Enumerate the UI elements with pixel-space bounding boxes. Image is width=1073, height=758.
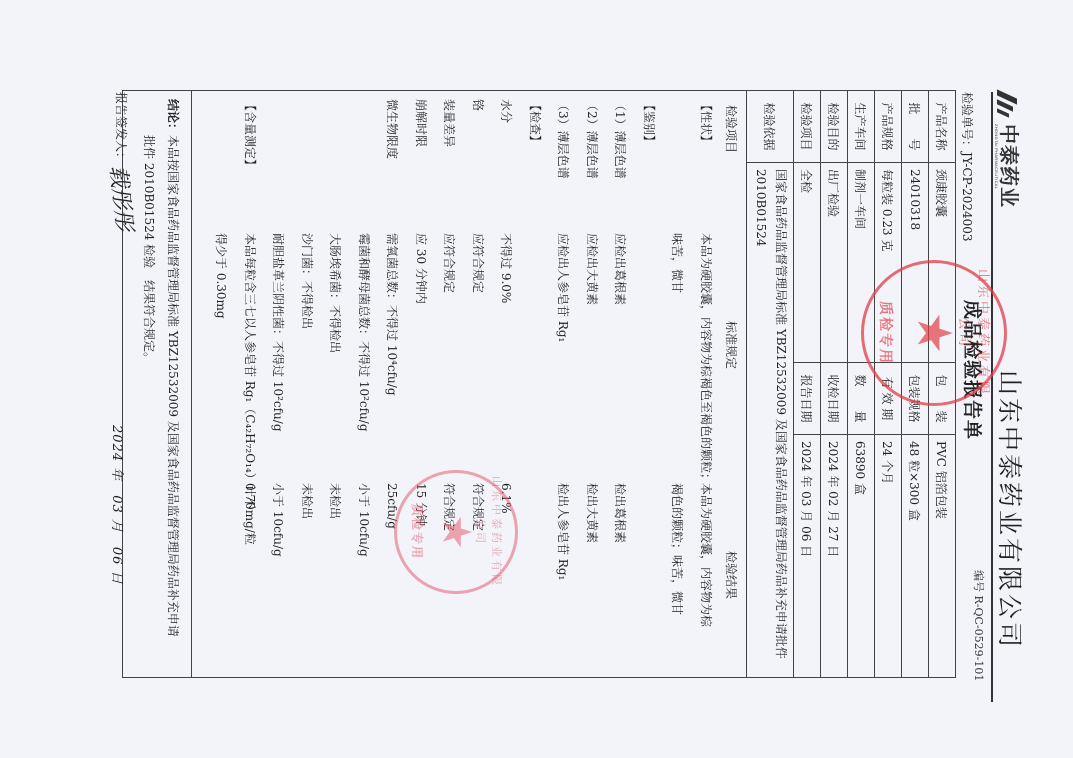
result-standard: 应检出人参皂苷 Rg₁ bbox=[556, 233, 572, 342]
result-standard: 应检出大黄素 bbox=[584, 233, 600, 305]
result-value: 15 分钟 bbox=[413, 483, 429, 526]
info-value: 制剂一车间 bbox=[848, 163, 874, 363]
basis-value: 国家食品药品监督管理局标准 YBZ12532009 及国家食品药品监督管理局药品… bbox=[747, 163, 793, 677]
conclusion-label: 结论： bbox=[166, 99, 180, 135]
info-label: 数 量 bbox=[848, 363, 874, 435]
info-value: 全检 bbox=[794, 163, 820, 363]
header-result: 检验结果 bbox=[723, 551, 740, 599]
result-value: 本品为硬胶囊，内容物为棕 bbox=[698, 483, 714, 627]
info-value: 48 粒×300 盒 bbox=[902, 435, 928, 677]
result-item: （1）薄层色谱 bbox=[613, 99, 629, 179]
result-value: 褐色的颗粒；味苦，微甘 bbox=[670, 483, 686, 615]
result-item: 【含量测定】 bbox=[242, 99, 258, 171]
result-standard: 应 30 分钟内 bbox=[413, 233, 429, 304]
result-standard: 本品为硬胶囊，内容物为棕褐色至褐色的颗粒； bbox=[698, 233, 714, 485]
conclusion-text-1: 本品按国家食品药品监督管理局标准 YBZ12532009 及国家食品药品监督管理… bbox=[166, 135, 180, 637]
result-standard: 味苦，微甘 bbox=[670, 233, 686, 293]
company-logo: 中泰药业 ZHONGTAI PHARMACEUTICAL bbox=[993, 88, 1021, 238]
result-value: 6.1% bbox=[499, 483, 515, 514]
info-label: 批 号 bbox=[902, 91, 928, 163]
result-value: 检出葛根素 bbox=[613, 483, 629, 543]
info-value: 24010318 bbox=[902, 163, 928, 363]
info-value: 颈康胶囊 bbox=[929, 163, 955, 363]
basis-label: 检验依据 bbox=[747, 91, 793, 163]
info-label: 有 效 期 bbox=[875, 363, 901, 435]
result-standard: 本品每粒含三七以人参皂苷 Rg₁（C₄₂H₇₂O₁₄）计不 bbox=[242, 233, 258, 509]
info-label: 检验项目 bbox=[794, 91, 820, 163]
report-title: 成品检验报告单 bbox=[960, 300, 987, 440]
form-serial-number: 编号 R-QC-0529-101 bbox=[971, 570, 987, 681]
info-value: PVC 铝箔包装 bbox=[929, 435, 955, 677]
result-item: 微生物限度 bbox=[385, 99, 401, 159]
info-row: 检验项目全检报告日期2024 年 03 月 06 日 bbox=[793, 91, 820, 677]
result-standard: 应符合规定 bbox=[470, 233, 486, 293]
company-name: 山东中泰药业有限公司 bbox=[993, 370, 1029, 650]
result-value: 未检出 bbox=[328, 483, 344, 519]
inspection-number: 检验单号：JY-CP-2024003 bbox=[959, 92, 976, 242]
conclusion-text-2: 批件 2010B01524 检验 结果符合规定。 bbox=[137, 99, 161, 669]
result-item: 水分 bbox=[499, 99, 515, 123]
result-value: 小于 10cfu/g bbox=[271, 483, 287, 557]
result-standard: 沙门菌：不得检出 bbox=[299, 233, 315, 329]
info-row: 检验目的出厂检验收检日期2024 年 02 月 27 日 bbox=[820, 91, 847, 677]
result-standard: 得少于 0.30mg bbox=[214, 233, 230, 319]
result-item: 装量差异 bbox=[442, 99, 458, 147]
result-item: 崩解时限 bbox=[413, 99, 429, 147]
header-standard: 标准规定 bbox=[723, 321, 740, 369]
result-value: 0.70mg/粒 bbox=[242, 483, 258, 545]
result-standard: 大肠埃希菌：不得检出 bbox=[328, 233, 344, 353]
info-row: 批 号24010318包装规格48 粒×300 盒 bbox=[901, 91, 928, 677]
result-value: 检出人参皂苷 Rg₁ bbox=[556, 483, 572, 580]
result-standard: 霉菌和酵母菌总数：不得过 10²cfu/g bbox=[356, 233, 372, 432]
info-value: 24 个月 bbox=[875, 435, 901, 677]
info-value: 出厂检验 bbox=[821, 163, 847, 363]
results-section: 检验项目 标准规定 检验结果 【性状】本品为硬胶囊，内容物为棕褐色至褐色的颗粒；… bbox=[191, 91, 746, 677]
result-standard: 不得过 9.0% bbox=[499, 233, 515, 303]
result-item: （2）薄层色谱 bbox=[584, 99, 600, 179]
basis-row: 检验依据 国家食品药品监督管理局标准 YBZ12532009 及国家食品药品监督… bbox=[746, 91, 793, 677]
result-standard: 应检出葛根素 bbox=[613, 233, 629, 305]
info-row: 产品规格每粒装 0.23 克有 效 期24 个月 bbox=[874, 91, 901, 677]
signer-label: 报告签发人： bbox=[113, 92, 130, 164]
logo-name: 中泰药业 bbox=[1000, 124, 1020, 208]
result-value: 25cfu/g bbox=[385, 483, 401, 529]
product-info-section: 产品名称颈康胶囊包 装PVC 铝箔包装批 号24010318包装规格48 粒×3… bbox=[793, 91, 955, 677]
result-item: （3）薄层色谱 bbox=[556, 99, 572, 179]
handwritten-date: 2024 年 03 月 06 日 bbox=[109, 425, 128, 585]
result-value: 小于 10cfu/g bbox=[356, 483, 372, 557]
logo-mark-icon bbox=[995, 88, 1019, 120]
header-item: 检验项目 bbox=[723, 105, 740, 153]
info-value: 2024 年 03 月 06 日 bbox=[794, 435, 820, 677]
result-standard: 需氧菌总数：不得过 10⁴cfu/g bbox=[385, 233, 401, 396]
info-row: 产品名称颈康胶囊包 装PVC 铝箔包装 bbox=[928, 91, 955, 677]
result-item: 【检查】 bbox=[527, 99, 543, 147]
info-value: 2024 年 02 月 27 日 bbox=[821, 435, 847, 677]
info-label: 产品规格 bbox=[875, 91, 901, 163]
result-item: 【鉴别】 bbox=[641, 99, 657, 147]
info-label: 产品名称 bbox=[929, 91, 955, 163]
info-label: 生产车间 bbox=[848, 91, 874, 163]
info-label: 报告日期 bbox=[794, 363, 820, 435]
info-label: 收检日期 bbox=[821, 363, 847, 435]
result-standard: 耐胆盐革兰阴性菌：不得过 10²cfu/g bbox=[271, 233, 287, 432]
info-row: 生产车间制剂一车间数 量63890 盒 bbox=[847, 91, 874, 677]
result-item: 【性状】 bbox=[698, 99, 714, 147]
info-label: 包装规格 bbox=[902, 363, 928, 435]
report-table: 产品名称颈康胶囊包 装PVC 铝箔包装批 号24010318包装规格48 粒×3… bbox=[122, 90, 956, 678]
info-label: 检验目的 bbox=[821, 91, 847, 163]
result-item: 铬 bbox=[470, 99, 486, 111]
header-divider bbox=[991, 92, 993, 702]
result-value: 检出大黄素 bbox=[584, 483, 600, 543]
result-value: 未检出 bbox=[299, 483, 315, 519]
result-value: 符合规定 bbox=[470, 483, 486, 531]
info-value: 每粒装 0.23 克 bbox=[875, 163, 901, 363]
result-standard: 应符合规定 bbox=[442, 233, 458, 293]
result-value: 符合规定 bbox=[442, 483, 458, 531]
info-label: 包 装 bbox=[929, 363, 955, 435]
inspection-report-page: 中泰药业 ZHONGTAI PHARMACEUTICAL 山东中泰药业有限公司 … bbox=[0, 0, 1073, 758]
info-value: 63890 盒 bbox=[848, 435, 874, 677]
